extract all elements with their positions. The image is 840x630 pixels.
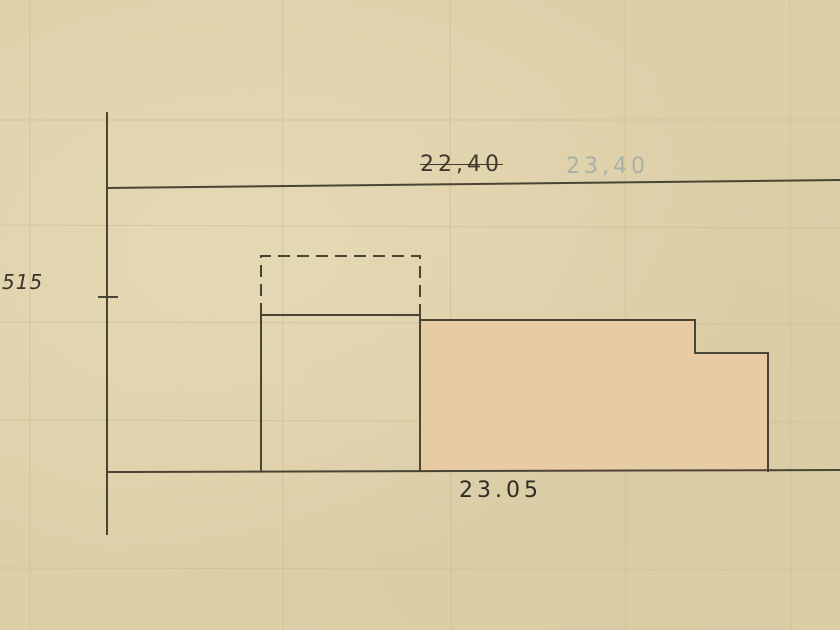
section-drawing — [0, 0, 840, 630]
shaded-building-block — [420, 320, 768, 472]
dashed-proposed-extension — [261, 256, 420, 315]
bottom-dimension-label: 23.05 — [459, 478, 542, 503]
top-reference-line — [107, 180, 840, 188]
top-dimension-revised-label: 23,40 — [566, 154, 649, 179]
top-dimension-original-label: 22,40 — [420, 152, 503, 177]
left-height-label: 515 — [2, 270, 43, 294]
left-building-outline — [261, 315, 420, 472]
